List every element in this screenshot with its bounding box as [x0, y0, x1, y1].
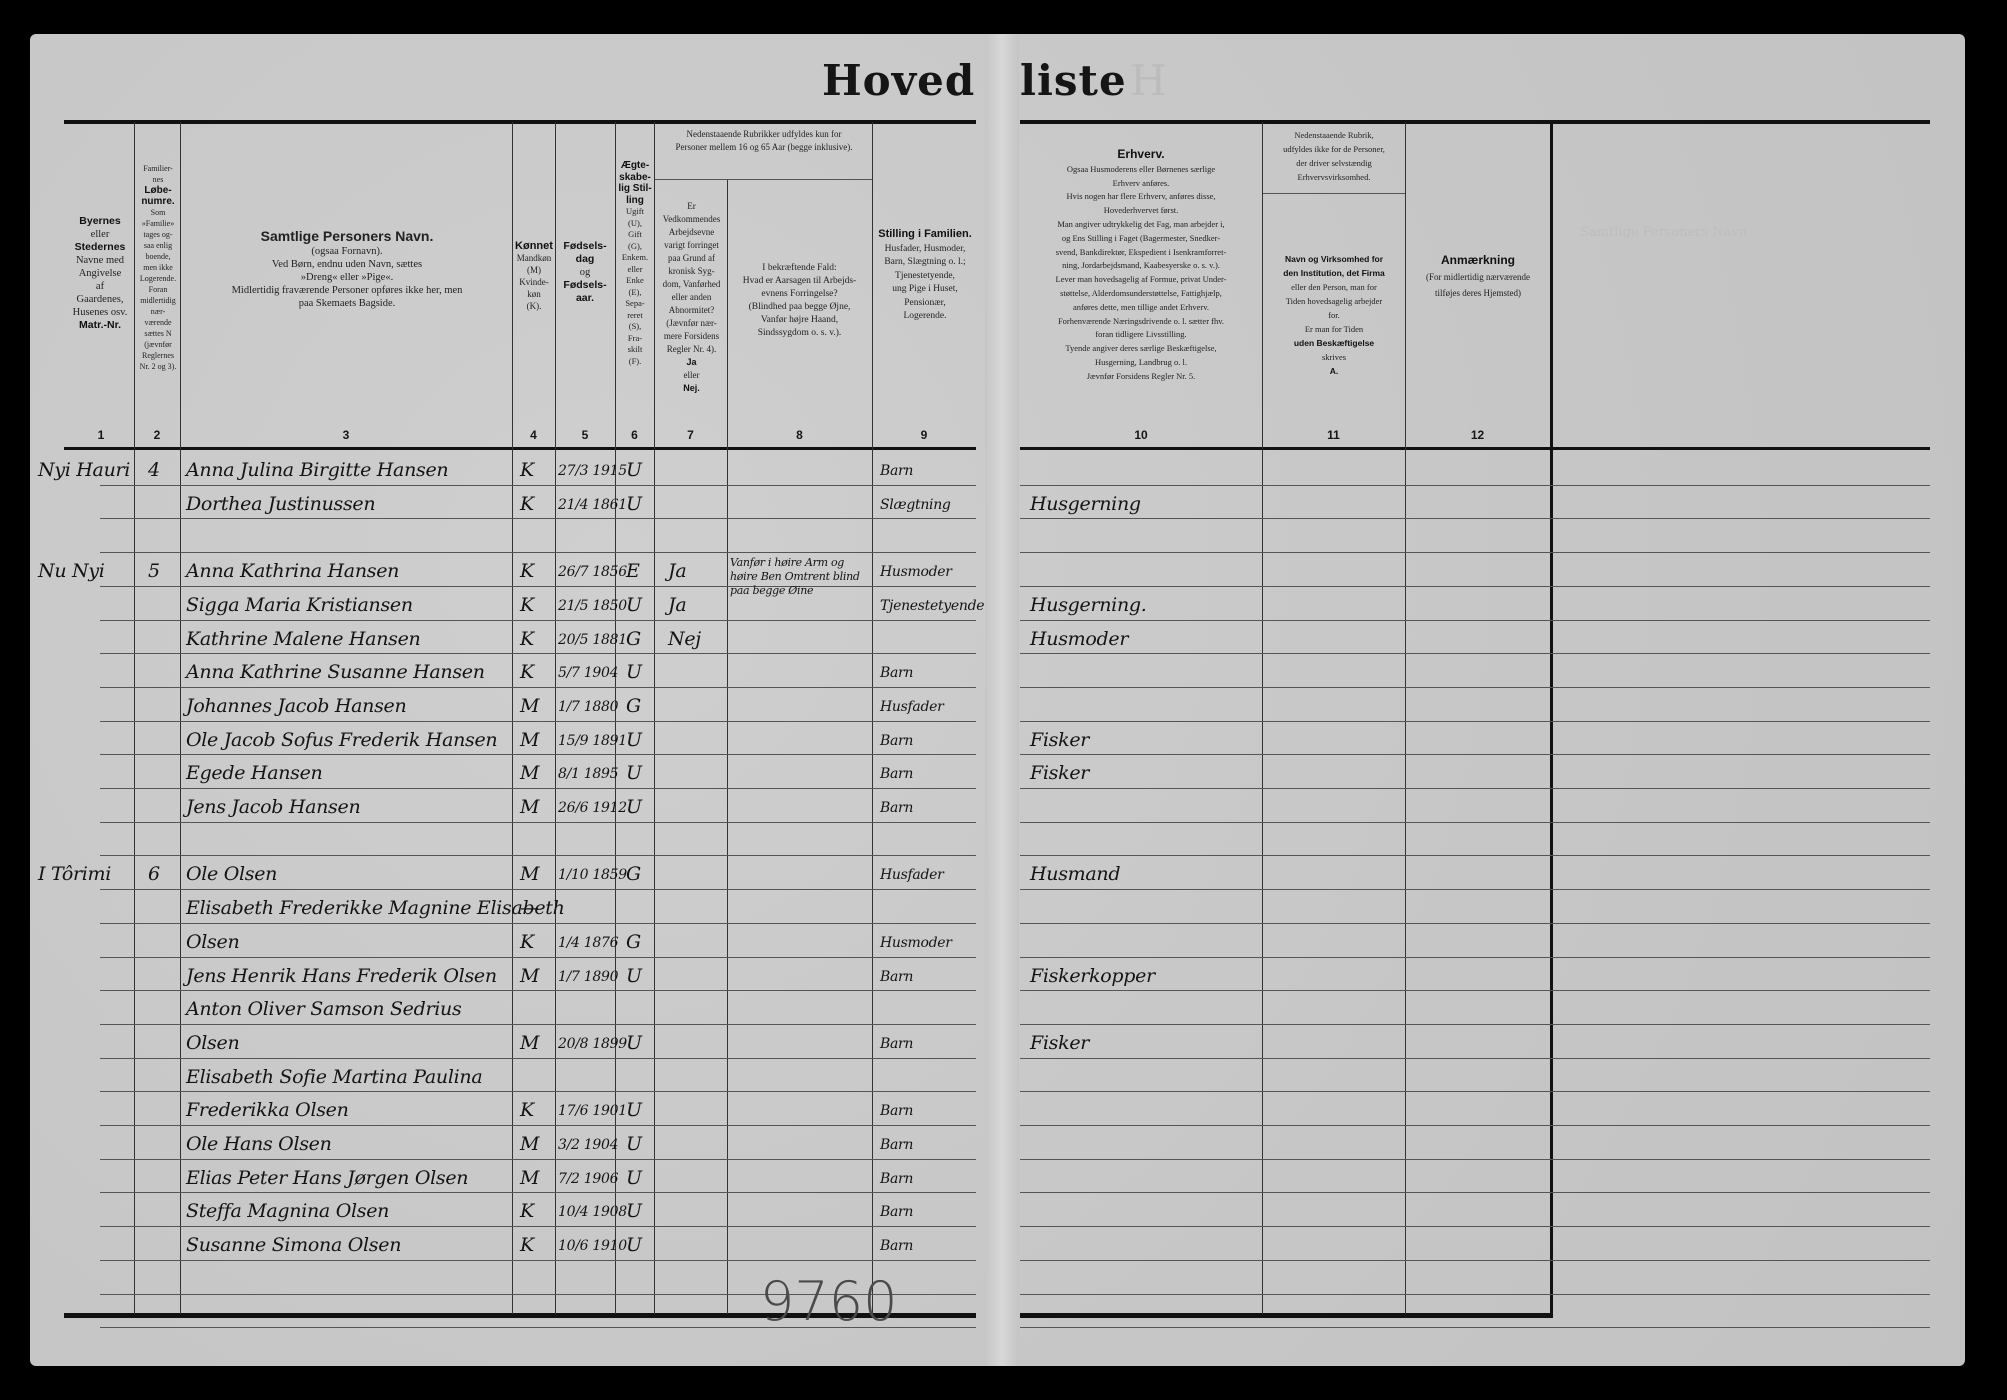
col-num-11: 11: [1262, 428, 1405, 442]
cell-birth: 15/9 1891: [558, 733, 627, 749]
cell-marital: U: [626, 1167, 642, 1189]
cell-marital: U: [626, 1234, 642, 1256]
cell-marital: U: [626, 965, 642, 987]
cell-birth: 20/8 1899: [558, 1036, 627, 1052]
col-num-6: 6: [615, 428, 654, 442]
col-num-4: 4: [512, 428, 555, 442]
cell-col10: Fisker: [1030, 762, 1089, 784]
pencil-annotation: 9760: [760, 1270, 897, 1333]
row-rule: [100, 957, 976, 958]
cell-sex: K: [520, 628, 534, 650]
cell-marital: U: [626, 762, 642, 784]
cell-sex: K: [520, 661, 534, 683]
cell-name: Egede Hansen: [186, 762, 323, 784]
cell-name: Elisabeth Sofie Martina Paulina: [186, 1066, 482, 1088]
cell-birth: 10/6 1910: [558, 1238, 627, 1254]
cell-birth: 1/10 1859: [558, 867, 627, 883]
cell-birth: 21/5 1850: [558, 598, 627, 614]
group-divider-7-8: [655, 179, 872, 180]
col-num-5: 5: [555, 428, 615, 442]
header-col-6: Ægte-skabe-lig Stil-lingUgift(U),Gift(G)…: [616, 160, 654, 367]
row-rule: [100, 855, 976, 856]
title-left: Hoved: [822, 56, 975, 105]
row-rule: [1020, 1159, 1930, 1160]
header-group-7-8: Nedenstaaende Rubrikker udfyldes kun for…: [656, 128, 872, 154]
cell-col9: Husmoder: [880, 564, 952, 580]
col-num-10: 10: [1020, 428, 1262, 442]
cell-name: Ole Jacob Sofus Frederik Hansen: [186, 729, 497, 751]
cell-col10: Husmand: [1030, 863, 1120, 885]
cell-marital: U: [626, 594, 642, 616]
cell-col9: Barn: [880, 1204, 913, 1220]
cell-col10: Husgerning: [1030, 493, 1141, 515]
header-col-2: Familier-nesLøbe-numre.Som»Familie»tages…: [136, 163, 180, 372]
cell-marital: U: [626, 493, 642, 515]
row-rule: [1020, 1125, 1930, 1126]
cell-sex: M: [520, 1167, 539, 1189]
cell-sex: M: [520, 863, 539, 885]
cell-name: Susanne Simona Olsen: [186, 1234, 401, 1256]
header-col-8: I bekræftende Fald:Hvad er Aarsagen til …: [728, 262, 871, 340]
row-rule: [1020, 923, 1930, 924]
row-rule: [100, 1260, 976, 1261]
row-rule: [1020, 754, 1930, 755]
cell-col10: Fisker: [1030, 1032, 1089, 1054]
group-divider-11: [1263, 193, 1405, 194]
bleed-through-text: Samtlige Personers Navn: [1580, 225, 1747, 240]
cell-sex: M: [520, 1032, 539, 1054]
cell-family: 5: [148, 560, 160, 582]
page-fold: [985, 34, 1019, 1366]
header-col-1: ByernesellerStedernesNavne medAngivelsea…: [68, 215, 132, 332]
row-rule: [100, 923, 976, 924]
cell-sex: K: [520, 493, 534, 515]
cell-sex: M: [520, 796, 539, 818]
cell-birth: 21/4 1861: [558, 497, 627, 513]
cell-name: Ole Olsen: [186, 863, 277, 885]
header-col-7: ErVedkommendesArbejdsevnevarigt forringe…: [656, 200, 727, 395]
bottom-rule-right: [1020, 1313, 1550, 1318]
cell-birth: 5/7 1904: [558, 665, 618, 681]
cell-marital: U: [626, 729, 642, 751]
row-rule: [100, 653, 976, 654]
cell-name: Elisabeth Frederikke Magnine Elisabeth: [186, 897, 565, 919]
cell-name: Frederikka Olsen: [186, 1099, 349, 1121]
row-rule: [1020, 822, 1930, 823]
row-rule: [100, 889, 976, 890]
cell-family: 4: [148, 459, 160, 481]
cell-marital: G: [626, 863, 641, 885]
cell-marital: U: [626, 661, 642, 683]
cell-sex: K: [520, 459, 534, 481]
cell-name: Ole Hans Olsen: [186, 1133, 332, 1155]
col-num-12: 12: [1405, 428, 1550, 442]
cell-col9: Slægtning: [880, 497, 951, 513]
row-rule: [1020, 957, 1930, 958]
cell-marital: G: [626, 695, 641, 717]
cell-col9: Barn: [880, 800, 913, 816]
cell-col10: Fiskerkopper: [1030, 965, 1155, 987]
row-rule: [100, 1058, 976, 1059]
col-num-2: 2: [134, 428, 180, 442]
row-rule: [1020, 1226, 1930, 1227]
row-rule: [1020, 586, 1930, 587]
row-rule: [100, 1226, 976, 1227]
cell-sex: K: [520, 1099, 534, 1121]
cell-name: Anna Julina Birgitte Hansen: [186, 459, 448, 481]
row-rule: [1020, 855, 1930, 856]
row-rule: [1020, 1058, 1930, 1059]
col-divider: [727, 180, 728, 1314]
cell-marital: U: [626, 1032, 642, 1054]
row-rule: [1020, 721, 1930, 722]
col-num-8: 8: [727, 428, 872, 442]
cell-sex: K: [520, 1234, 534, 1256]
cell-col9: Barn: [880, 1137, 913, 1153]
cell-col10: Husgerning.: [1030, 594, 1147, 616]
row-rule: [100, 721, 976, 722]
header-rule-right: [1020, 447, 1930, 450]
row-rule: [100, 1125, 976, 1126]
cell-col9: Barn: [880, 766, 913, 782]
col-divider: [134, 122, 135, 1314]
cell-birth: 1/4 1876: [558, 935, 618, 951]
header-col-3: Samtlige Personers Navn.(ogsaa Fornavn).…: [184, 230, 510, 310]
header-col-12: Anmærkning(For midlertidig nærværendetil…: [1406, 252, 1550, 301]
row-rule: [100, 822, 976, 823]
col-divider: [180, 122, 181, 1314]
cell-birth: 20/5 1881: [558, 632, 627, 648]
cell-birth: 7/2 1906: [558, 1171, 618, 1187]
cell-sex: K: [520, 931, 534, 953]
header-col-5: Fødsels-dagogFødsels-aar.: [556, 240, 614, 305]
cell-name: Kathrine Malene Hansen: [186, 628, 420, 650]
cell-col9: Barn: [880, 733, 913, 749]
cell-col10: Husmoder: [1030, 628, 1128, 650]
cell-sex: K: [520, 1200, 534, 1222]
cell-birth: 10/4 1908: [558, 1204, 627, 1220]
cell-name: Steffa Magnina Olsen: [186, 1200, 389, 1222]
cell-name: Jens Jacob Hansen: [186, 796, 360, 818]
header-col-11: Navn og Virksomhed forden Institution, d…: [1263, 252, 1405, 378]
cell-birth: 3/2 1904: [558, 1137, 618, 1153]
row-rule: [1020, 1294, 1930, 1295]
cell-sex: M: [520, 695, 539, 717]
cell-marital: U: [626, 1099, 642, 1121]
cell-marital: U: [626, 1133, 642, 1155]
cell-name: Olsen: [186, 1032, 239, 1054]
cell-birth: 26/7 1856: [558, 564, 627, 580]
top-rule-right: [1020, 120, 1930, 124]
cell-birth: 17/6 1901: [558, 1103, 627, 1119]
cell-col7: Nej: [668, 628, 701, 650]
cell-col9: Barn: [880, 1036, 913, 1052]
cell-sex: K: [520, 594, 534, 616]
col-divider: [654, 122, 655, 1314]
row-rule: [1020, 620, 1930, 621]
cell-name: Anton Oliver Samson Sedrius: [186, 998, 461, 1020]
row-rule: [1020, 990, 1930, 991]
header-col-9: Stilling i Familien.Husfader, Husmoder,B…: [873, 228, 977, 324]
cell-sex: M: [520, 762, 539, 784]
cell-place: I Tôrimi: [38, 863, 111, 885]
cell-name: Jens Henrik Hans Frederik Olsen: [186, 965, 497, 987]
cell-birth: 8/1 1895: [558, 766, 618, 782]
cell-sex: M: [520, 1133, 539, 1155]
cell-col9: Barn: [880, 1103, 913, 1119]
cell-col10: Fisker: [1030, 729, 1089, 751]
title-right: liste: [1020, 56, 1127, 105]
col-num-3: 3: [180, 428, 512, 442]
cell-place: Nu Nyi: [38, 560, 105, 582]
cell-col7: Ja: [668, 560, 686, 582]
row-rule: [1020, 653, 1930, 654]
row-rule: [1020, 687, 1930, 688]
cell-sex: —: [520, 897, 539, 919]
row-rule: [100, 620, 976, 621]
cell-name: Johannes Jacob Hansen: [186, 695, 406, 717]
row-rule: [100, 552, 976, 553]
row-rule: [1020, 1260, 1930, 1261]
cell-name: Elias Peter Hans Jørgen Olsen: [186, 1167, 468, 1189]
col-num-7: 7: [654, 428, 727, 442]
cell-name: Olsen: [186, 931, 239, 953]
row-rule: [100, 754, 976, 755]
row-rule: [1020, 1091, 1930, 1092]
cell-name: Anna Kathrine Susanne Hansen: [186, 661, 485, 683]
row-rule: [100, 1091, 976, 1092]
header-col-4: KønnetMandkøn(M)Kvinde-køn(K).: [513, 240, 555, 312]
cell-sex: M: [520, 965, 539, 987]
cell-marital: U: [626, 459, 642, 481]
cell-col9: Husfader: [880, 699, 943, 715]
row-rule: [1020, 552, 1930, 553]
top-rule-left: [64, 120, 976, 124]
cell-marital: U: [626, 796, 642, 818]
cell-col7: Ja: [668, 594, 686, 616]
header-col-10: Erhverv.Ogsaa Husmoderens eller Børnenes…: [1022, 148, 1260, 384]
cell-sex: K: [520, 560, 534, 582]
header-group-11: Nedenstaaende Rubrik,udfyldes ikke for d…: [1263, 128, 1405, 184]
header-rule-left: [64, 447, 976, 450]
row-rule: [100, 1159, 976, 1160]
cell-name: Anna Kathrina Hansen: [186, 560, 399, 582]
row-rule: [1020, 1192, 1930, 1193]
cell-name: Dorthea Justinussen: [186, 493, 375, 515]
col-num-9: 9: [872, 428, 976, 442]
col-divider-bold: [1550, 122, 1553, 1318]
cell-marital: G: [626, 931, 641, 953]
ghost-title: H: [1130, 56, 1168, 105]
cell-col9: Husfader: [880, 867, 943, 883]
cell-col9: Husmoder: [880, 935, 952, 951]
cell-col9: Barn: [880, 1238, 913, 1254]
cell-marital: U: [626, 1200, 642, 1222]
cell-col9: Tjenestetyende: [880, 598, 984, 614]
cell-place: Nyi Hauri: [38, 459, 130, 481]
cell-col9: Barn: [880, 969, 913, 985]
cell-col9: Barn: [880, 463, 913, 479]
row-rule: [100, 518, 976, 519]
cell-name: Sigga Maria Kristiansen: [186, 594, 413, 616]
row-rule: [100, 485, 976, 486]
row-rule: [100, 788, 976, 789]
row-rule: [1020, 1024, 1930, 1025]
row-rule: [1020, 788, 1930, 789]
row-rule: [1020, 485, 1930, 486]
col-num-1: 1: [68, 428, 134, 442]
cell-marital: E: [626, 560, 640, 582]
cell-birth: 26/6 1912: [558, 800, 627, 816]
cell-birth: 27/3 1915: [558, 463, 627, 479]
cell-marital: G: [626, 628, 641, 650]
row-rule: [100, 1024, 976, 1025]
cell-birth: 1/7 1890: [558, 969, 618, 985]
row-rule: [100, 687, 976, 688]
row-rule: [100, 990, 976, 991]
cell-col9: Barn: [880, 665, 913, 681]
cell-col9: Barn: [880, 1171, 913, 1187]
row-rule: [1020, 889, 1930, 890]
row-rule: [1020, 518, 1930, 519]
cell-col8: Vanfør i høire Arm og høire Ben Omtrent …: [730, 556, 868, 598]
row-rule: [1020, 1327, 1930, 1328]
cell-sex: M: [520, 729, 539, 751]
row-rule: [100, 1192, 976, 1193]
cell-birth: 1/7 1880: [558, 699, 618, 715]
cell-family: 6: [148, 863, 160, 885]
